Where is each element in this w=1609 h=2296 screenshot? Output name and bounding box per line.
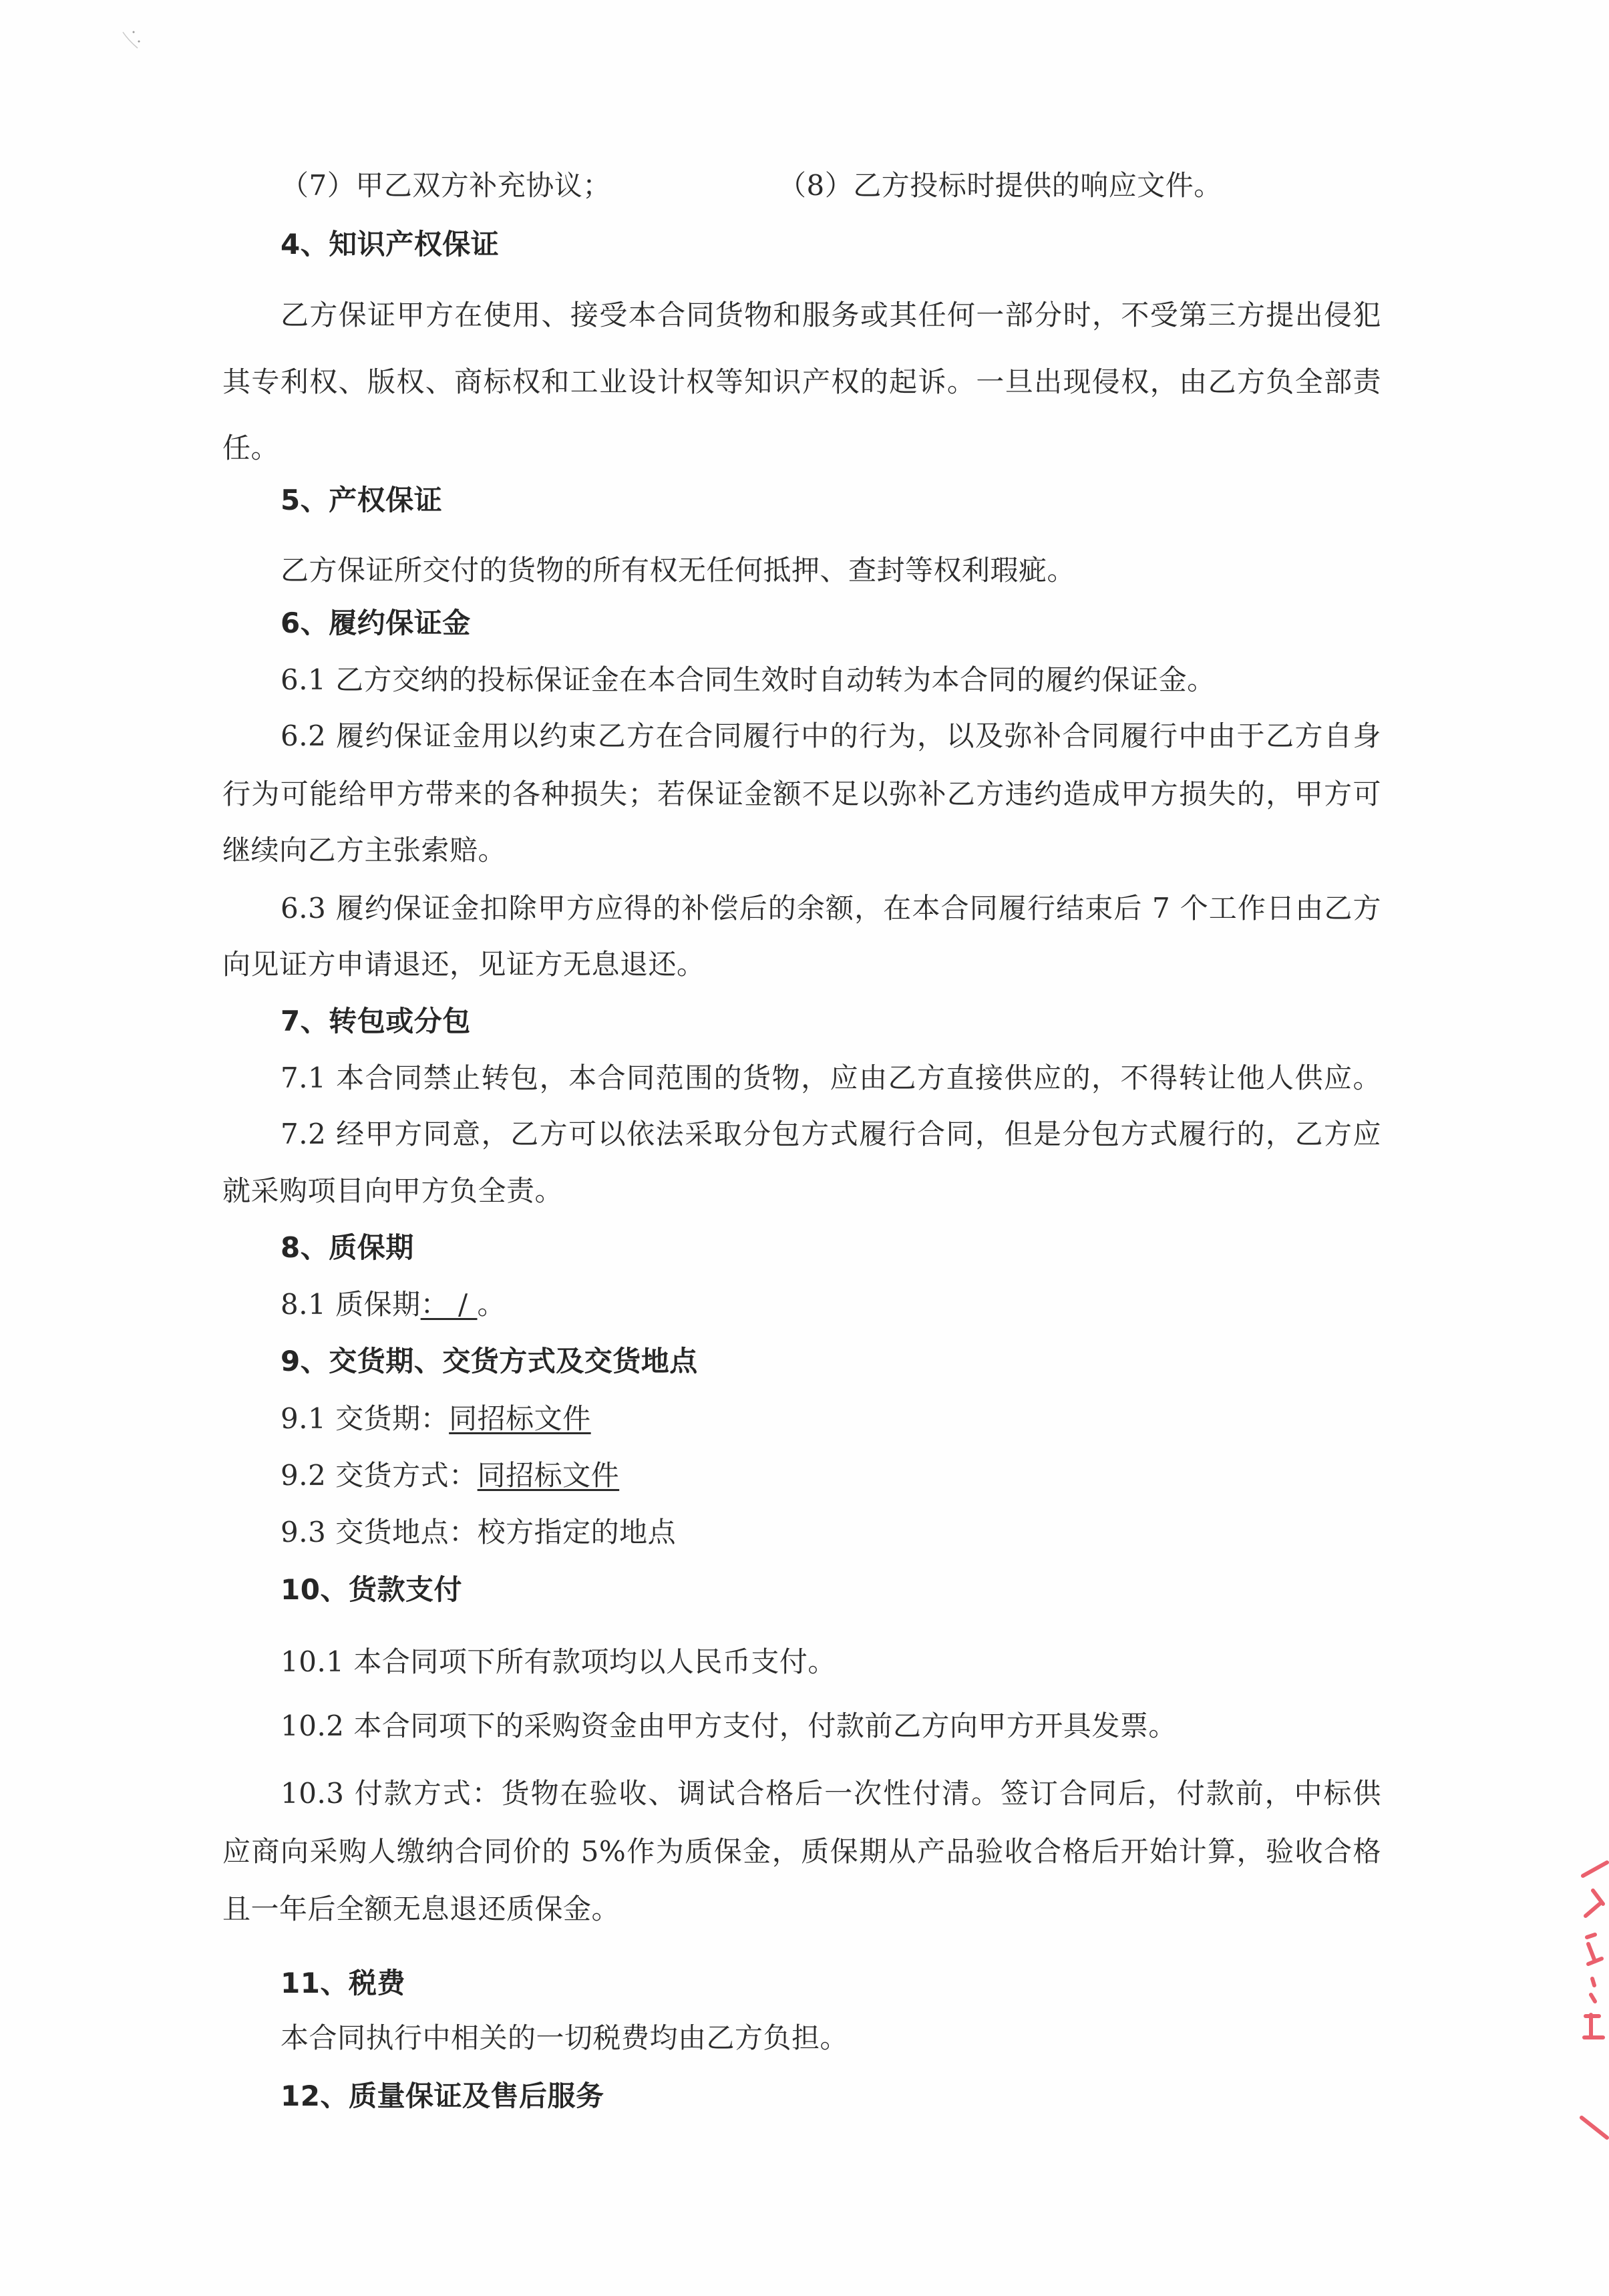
delivery-location-label: 9.3 交货地点： — [281, 1516, 478, 1548]
section-5-line-1: 乙方保证所交付的货物的所有权无任何抵押、查封等权利瑕疵。 — [281, 553, 1439, 588]
red-seal-stamp-fragment — [1563, 1804, 1609, 2151]
delivery-period-label: 9.1 交货期： — [281, 1402, 449, 1435]
delivery-method-value: 同招标文件 — [478, 1459, 620, 1492]
section-10-line-5: 且一年后全额无息退还质保金。 — [222, 1892, 1381, 1927]
section-10-line-2: 10.2 本合同项下的采购资金由甲方支付，付款前乙方向甲方开具发票。 — [281, 1709, 1439, 1744]
warranty-period-item: 8.1 质保期： / 。 — [281, 1287, 1439, 1322]
section-7-line-3: 就采购项目向甲方负全责。 — [222, 1174, 1381, 1208]
section-heading-5: 5、产权保证 — [281, 483, 1439, 518]
section-6-line-6: 向见证方申请退还，见证方无息退还。 — [222, 947, 1381, 982]
section-6-line-2: 6.2 履约保证金用以约束乙方在合同履行中的行为，以及弥补合同履行中由于乙方自身 — [281, 719, 1381, 754]
section-10-line-4: 应商向采购人缴纳合同价的 5%作为质保金，质保期从产品验收合格后开始计算，验收合… — [222, 1834, 1381, 1869]
delivery-period-item: 9.1 交货期：同招标文件 — [281, 1402, 1439, 1436]
section-7-line-1: 7.1 本合同禁止转包，本合同范围的货物，应由乙方直接供应的，不得转让他人供应。 — [281, 1061, 1381, 1096]
section-4-line-2: 其专利权、版权、商标权和工业设计权等知识产权的起诉。一旦出现侵权，由乙方负全部责 — [222, 365, 1381, 399]
list-item-8: （8）乙方投标时提供的响应文件。 — [778, 168, 1222, 203]
section-6-line-1: 6.1 乙方交纳的投标保证金在本合同生效时自动转为本合同的履约保证金。 — [281, 663, 1439, 697]
scan-speck-mark — [120, 27, 147, 60]
list-item-7: （7）甲乙双方补充协议； — [281, 168, 611, 203]
delivery-method-label: 9.2 交货方式： — [281, 1459, 478, 1492]
section-heading-7: 7、转包或分包 — [281, 1004, 1439, 1039]
section-heading-4: 4、知识产权保证 — [281, 227, 1439, 262]
section-heading-11: 11、税费 — [281, 1966, 1439, 2001]
section-4-line-1: 乙方保证甲方在使用、接受本合同货物和服务或其任何一部分时，不受第三方提出侵犯 — [281, 298, 1381, 333]
section-6-line-4: 继续向乙方主张索赔。 — [222, 833, 1381, 868]
section-6-line-3: 行为可能给甲方带来的各种损失；若保证金额不足以弥补乙方违约造成甲方损失的，甲方可 — [222, 777, 1381, 812]
delivery-period-value: 同招标文件 — [449, 1402, 591, 1435]
warranty-period-value: ： / — [421, 1288, 478, 1321]
section-6-line-5: 6.3 履约保证金扣除甲方应得的补偿后的余额，在本合同履行结束后 7 个工作日由… — [281, 891, 1381, 926]
delivery-method-item: 9.2 交货方式：同招标文件 — [281, 1458, 1439, 1493]
section-heading-12: 12、质量保证及售后服务 — [281, 2079, 1439, 2114]
list-row-7-8: （7）甲乙双方补充协议； （8）乙方投标时提供的响应文件。 — [222, 168, 1381, 203]
section-10-line-1: 10.1 本合同项下所有款项均以人民币支付。 — [281, 1645, 1439, 1679]
section-11-line-1: 本合同执行中相关的一切税费均由乙方负担。 — [281, 2021, 1439, 2056]
delivery-location-value: 校方指定的地点 — [478, 1516, 677, 1548]
section-4-line-3: 任。 — [222, 431, 1381, 466]
section-10-line-3: 10.3 付款方式：货物在验收、调试合格后一次性付清。签订合同后，付款前，中标供 — [281, 1776, 1381, 1811]
warranty-period-label: 8.1 质保期 — [281, 1288, 421, 1321]
section-heading-9: 9、交货期、交货方式及交货地点 — [281, 1344, 1439, 1379]
delivery-location-item: 9.3 交货地点：校方指定的地点 — [281, 1515, 1439, 1550]
section-heading-8: 8、质保期 — [281, 1231, 1439, 1265]
warranty-period-suffix: 。 — [478, 1288, 506, 1321]
document-page: （7）甲乙双方补充协议； （8）乙方投标时提供的响应文件。 4、知识产权保证 乙… — [0, 0, 1609, 2296]
section-heading-6: 6、履约保证金 — [281, 606, 1439, 641]
section-heading-10: 10、货款支付 — [281, 1573, 1439, 1607]
section-7-line-2: 7.2 经甲方同意，乙方可以依法采取分包方式履行合同，但是分包方式履行的，乙方应 — [281, 1117, 1381, 1152]
